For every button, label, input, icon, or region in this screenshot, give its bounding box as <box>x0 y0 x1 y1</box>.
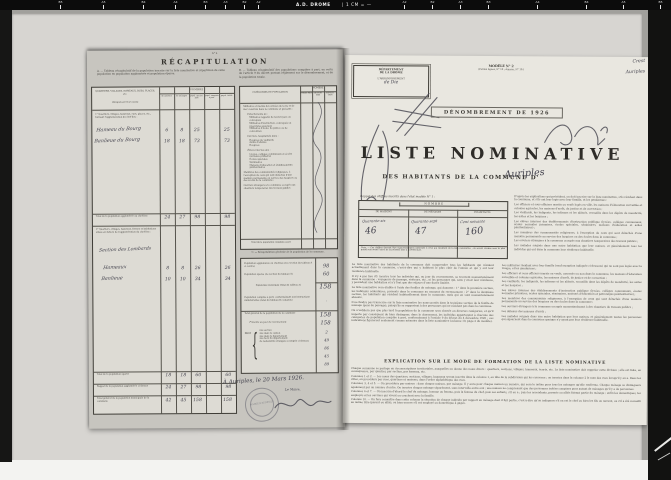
paragraph: Les membres des communautés religieuses,… <box>502 297 642 305</box>
ruler-tick: A2 <box>404 5 405 9</box>
count-table-nota: Nota. — Ces chiffres devront être rigour… <box>361 247 505 253</box>
hw-count-number: 46 <box>365 224 406 237</box>
instructions-right-column: Les militaires résidant avec leur famill… <box>501 264 641 323</box>
hw-value: 98 <box>220 215 235 220</box>
count-col: D'HABITANTS <box>457 212 507 215</box>
liste-nominative-title: LISTE NOMINATIVE <box>345 143 641 164</box>
ruler-tick: A5 <box>103 5 104 9</box>
table-a-total1-label: Total de la population agglomérée au che… <box>96 215 157 218</box>
ruler-tick: A3 <box>225 5 226 9</box>
hw-value: 158 <box>189 398 206 403</box>
hw-value: 26 <box>220 266 235 271</box>
table-c-dont-row: de nationalité étrangère (compris ci-des… <box>260 340 313 343</box>
nil-squiggle-mark <box>300 100 337 240</box>
ruler-tick: B3 <box>488 5 489 9</box>
ruler-tick: A4 <box>175 5 176 9</box>
hw-value: 18 <box>161 373 176 378</box>
table-c-row-label: Présente au jour du recensement <box>250 321 313 324</box>
paragraph: Les officiers et sous-officiers mariés o… <box>502 272 642 280</box>
hw-section-name: Section des Lombards <box>98 246 151 253</box>
intro-a-text: A. — Tableau récapitulatif de la populat… <box>97 69 225 77</box>
hw-value: 60 <box>221 373 236 378</box>
paragraph: On n'oubliera pas que plus tard la popul… <box>351 309 493 323</box>
hw-value: 98 <box>190 215 205 220</box>
hw-count-number: 47 <box>415 224 456 237</box>
paragraph: Colonne 10. — On fera connaître dans cet… <box>351 398 641 407</box>
hw-value: 8 <box>160 266 175 271</box>
ruler-tick-label: A3 <box>221 0 230 4</box>
hw-value: 27 <box>176 385 191 390</box>
ruler-tick: A4 <box>537 5 538 9</box>
hw-value: · <box>317 298 335 303</box>
hw-value: 26 <box>190 266 205 271</box>
table-b-row: Militaires et marins des armées de terre… <box>243 105 299 111</box>
count-col: DE MÉNAGES <box>408 211 457 214</box>
hw-place-date: À Auriples, le 20 Mars 1926. <box>223 373 333 385</box>
ruler-tick-label: B3 <box>201 0 210 4</box>
scan-left-edge <box>0 10 12 462</box>
table-a-total-label: Rappel de la population agglomérée ci-de… <box>97 385 158 388</box>
hw-value: 34 <box>220 277 235 282</box>
table-c-row-label: Total général de la population de la com… <box>244 312 312 315</box>
paragraph: Il n'y a pas lieu d'y inscrire tous les … <box>352 275 494 286</box>
archive-name-label: A.D. DROME <box>296 2 331 7</box>
paragraph: Les membres des communautés religieuses,… <box>514 231 642 239</box>
archive-ruler-bar: B5 A5 B4 A4 B3 A3 B2 A2 A.D. DROME | 1 C… <box>0 0 671 10</box>
ruler-tick-label: B5 <box>656 0 665 4</box>
count-table: NOMBRE DE MAISONS DE MÉNAGES D'HABITANTS… <box>358 200 508 259</box>
table-c-recap-generale: Population agglomérée au chef-lieu (1re … <box>240 257 339 374</box>
hw-value: 8 <box>175 266 190 271</box>
table-c-title: C. — Récapitulation générale de la popul… <box>240 251 336 254</box>
paragraph: La liste nominative sera établie à l'aid… <box>352 286 494 300</box>
hw-count-number: 160 <box>465 223 508 238</box>
table-a-total-label: Total général de la population municipal… <box>97 397 158 403</box>
ruler-tick: B2 <box>244 5 245 9</box>
paragraph: Les officiers et sous-officiers mariés o… <box>514 203 642 211</box>
paragraph: D'après les explications qui précèdent, … <box>514 195 642 203</box>
hw-locality: Banlieue <box>101 276 123 282</box>
paragraph: Les ouvriers étrangers à la commune occu… <box>514 240 642 244</box>
recapitulation-page: N° 2. RÉCAPITULATION A. — Tableau récapi… <box>87 49 345 429</box>
ruler-tick: A3 <box>460 5 461 9</box>
paragraph: Les vieillards, les indigents, les infir… <box>514 212 642 220</box>
table-a-section2: 2° Quartiers, villages, hameaux, fermes … <box>96 228 157 234</box>
table-a-nombre: NOMBRE <box>159 88 234 91</box>
ruler-tick: B5 <box>660 5 661 9</box>
ruler-tick-label: A4 <box>171 0 180 4</box>
ruler-tick-label: B4 <box>139 0 148 4</box>
table-b-col: POPULA- TION <box>324 92 336 96</box>
hw-value: 24 <box>160 215 175 220</box>
hw-value: 158 <box>315 320 335 326</box>
paragraph: Les détenus des maisons d'arrêt ; <box>501 310 641 314</box>
table-c-dont-label: Dont <box>245 332 251 335</box>
hw-value: 8 <box>174 128 189 133</box>
table-a-col: de ménages <box>174 95 189 97</box>
paragraph: Les militaires résidant avec leur famill… <box>502 264 642 272</box>
scan-bottom-margin <box>0 460 648 480</box>
table-c-row-label: Population municipale (Total du tableau … <box>244 284 312 287</box>
table-a-total-label: Total de la population éparse <box>97 373 158 376</box>
ruler-scale-label: | 1 CM = — <box>342 2 372 7</box>
hw-value: 98 <box>191 385 206 390</box>
scratch-mark <box>658 453 671 461</box>
table-c-row-label: Population éparse (2e section du tableau… <box>244 273 312 276</box>
table-a-col: popul. comptée à part <box>204 95 219 100</box>
hw-value: 18 <box>159 139 174 144</box>
hw-value: 25 <box>219 128 234 133</box>
departement-name: DE LA DROME <box>354 71 428 75</box>
count-col: DE MAISONS <box>359 211 408 214</box>
table-a-col: popul. munici- pale <box>189 95 204 100</box>
table-b-row: Ouvriers étrangers à la commune occupés … <box>244 184 300 190</box>
ruler-tick-label: A3 <box>456 0 465 4</box>
ruler-tick: B2 <box>432 5 433 9</box>
ruler-tick: B4 <box>586 5 587 9</box>
explication-heading: EXPLICATION SUR LE MODE DE FORMATION DE … <box>343 358 647 365</box>
paragraph: Les malades soignés dans une autre habit… <box>514 244 642 252</box>
hw-count-word: Quarante-six <box>362 219 386 224</box>
ruler-tick-label: B5 <box>56 0 65 4</box>
page-gutter-shadow <box>336 48 350 430</box>
ruler-tick: B3 <box>205 5 206 9</box>
table-a-rowhead: QUARTIERS, VILLAGES, HAMEAUX, RUES, PLAC… <box>93 90 157 96</box>
ruler-tick-label: B3 <box>484 0 493 4</box>
signature-squiggle <box>273 391 333 417</box>
hw-value: 10 <box>175 277 190 282</box>
hw-value: 73 <box>189 139 204 144</box>
hw-value: 25 <box>189 128 204 133</box>
hw-value: 18 <box>174 139 189 144</box>
table-a-col: popul. totale <box>219 95 234 97</box>
recapitulation-title: RÉCAPITULATION <box>87 56 343 67</box>
hw-value: 34 <box>190 277 205 282</box>
ruler-tick-label: B4 <box>582 0 591 4</box>
explication-paragraphs: Chaque commune se partage en circonscrip… <box>351 367 641 407</box>
hw-value: 60 <box>317 271 335 277</box>
hw-value: 98 <box>317 263 335 269</box>
hw-value: 42 <box>161 398 176 403</box>
paragraph: Les élèves internes des établissements d… <box>514 220 642 231</box>
modele-subtitle: (Petites lignes, N° 10 ; Annexe, N° 10.) <box>449 69 553 73</box>
count-table-nombre: NOMBRE <box>399 202 469 207</box>
paragraph: La liste nominative des habitants de la … <box>352 263 494 274</box>
hw-value: 60 <box>191 373 206 378</box>
scan-right-edge <box>648 0 671 480</box>
table-b-row: Maisons d'éducation et établissements pé… <box>250 164 300 170</box>
hw-value: 158 <box>315 282 335 290</box>
ruler-tick: B4 <box>143 5 144 9</box>
paragraph: Les ouvriers étrangers à la commune occu… <box>502 305 642 309</box>
brace-glyph: { <box>252 331 259 364</box>
table-b-row: Membres des communautés religieuses, à l… <box>244 171 300 182</box>
ruler-tick-label: A5 <box>99 0 108 4</box>
hw-value: 24 <box>161 385 176 390</box>
hw-value: 18 <box>176 373 191 378</box>
table-b-nombre: NOMBRE <box>300 87 336 90</box>
hw-value: 27 <box>175 215 190 220</box>
scratch-mark <box>654 434 671 452</box>
ruler-tick-label: A4 <box>533 0 542 4</box>
hw-corner-note-2: Auriples <box>581 69 645 77</box>
hw-corner-note-1: Crest <box>583 59 645 68</box>
table-b-row: Militaires d'école, de justice ou de con… <box>249 128 299 134</box>
table-b-total-label: Total de la population comptée à part <box>241 241 301 244</box>
hw-value: 6 <box>159 128 174 133</box>
paragraph: Les élèves internes des établissements d… <box>502 289 642 297</box>
table-b-comptee-a-part: CATÉGORIES DE POPULATION NOMBRE D'HOM- M… <box>239 85 338 250</box>
hw-value: 158 <box>315 311 335 318</box>
ruler-tick-label: A2 <box>254 0 263 4</box>
hw-count-word: Cent soixante <box>460 219 486 224</box>
hw-value: 10 <box>160 277 175 282</box>
hw-count-word: Quarante-sept <box>411 219 438 224</box>
table-c-row-label: Population agglomérée au chef-lieu (1re … <box>244 262 312 268</box>
instructions-left-column: La liste nominative des habitants de la … <box>351 263 493 324</box>
table-b-col: D'HOM- MES <box>300 92 312 94</box>
ruler-tick-label: B2 <box>428 0 437 4</box>
ruler-tick-label: B2 <box>240 0 249 4</box>
rappel-note: Rappel des chiffres inscrits dans l'état… <box>360 194 435 199</box>
hw-locality: Banlieue du Bourg <box>94 138 141 145</box>
hw-arrondissement: de Die <box>354 80 428 86</box>
liste-nominative-page: DÉPARTEMENT DE LA DROME L'ARRONDISSEMENT… <box>343 55 650 425</box>
ruler-tick: A2 <box>258 5 259 9</box>
side-paragraphs: D'après les explications qui précèdent, … <box>514 195 642 252</box>
table-c-row-label: Population comptée à part, conformément … <box>244 296 312 302</box>
paragraph: Les vieillards, les indigents, les infir… <box>502 280 642 288</box>
table-b-row: Hospices <box>249 144 299 147</box>
table-b-header: CATÉGORIES DE POPULATION <box>241 91 299 94</box>
ruler-tick: A5 <box>623 5 624 9</box>
ruler-tick: B5 <box>60 5 61 9</box>
hw-locality: Hameaux <box>103 265 127 271</box>
table-a-col: de maisons <box>159 95 174 97</box>
intro-b-text: B. — Tableau récapitulatif des populatio… <box>239 68 333 79</box>
ruler-tick-label: A5 <box>619 0 628 4</box>
hw-value: 73 <box>219 139 234 144</box>
paragraph: Les malades soignés dans une autre habit… <box>501 315 641 323</box>
paragraph: Il ne faudra pas transcrire sur la liste… <box>352 301 494 309</box>
table-a-rowhead-sub: (désignés par leurs noms) <box>93 101 157 104</box>
table-a-section1: 1° Quartiers, villages, hameaux, rues, p… <box>95 113 156 119</box>
table-a-population: QUARTIERS, VILLAGES, HAMEAUX, RUES, PLAC… <box>91 86 237 415</box>
hw-dont-values: 2 49 86 45 89 <box>318 328 336 368</box>
denombrement-heading: DÉNOMBREMENT DE 1926 <box>431 107 563 119</box>
hw-locality: Hameau du Bourg <box>96 127 142 134</box>
hw-value: 158 <box>219 398 236 403</box>
table-b-col: DE FEM- MES <box>312 92 324 96</box>
ruler-tick-label: A2 <box>400 0 409 4</box>
